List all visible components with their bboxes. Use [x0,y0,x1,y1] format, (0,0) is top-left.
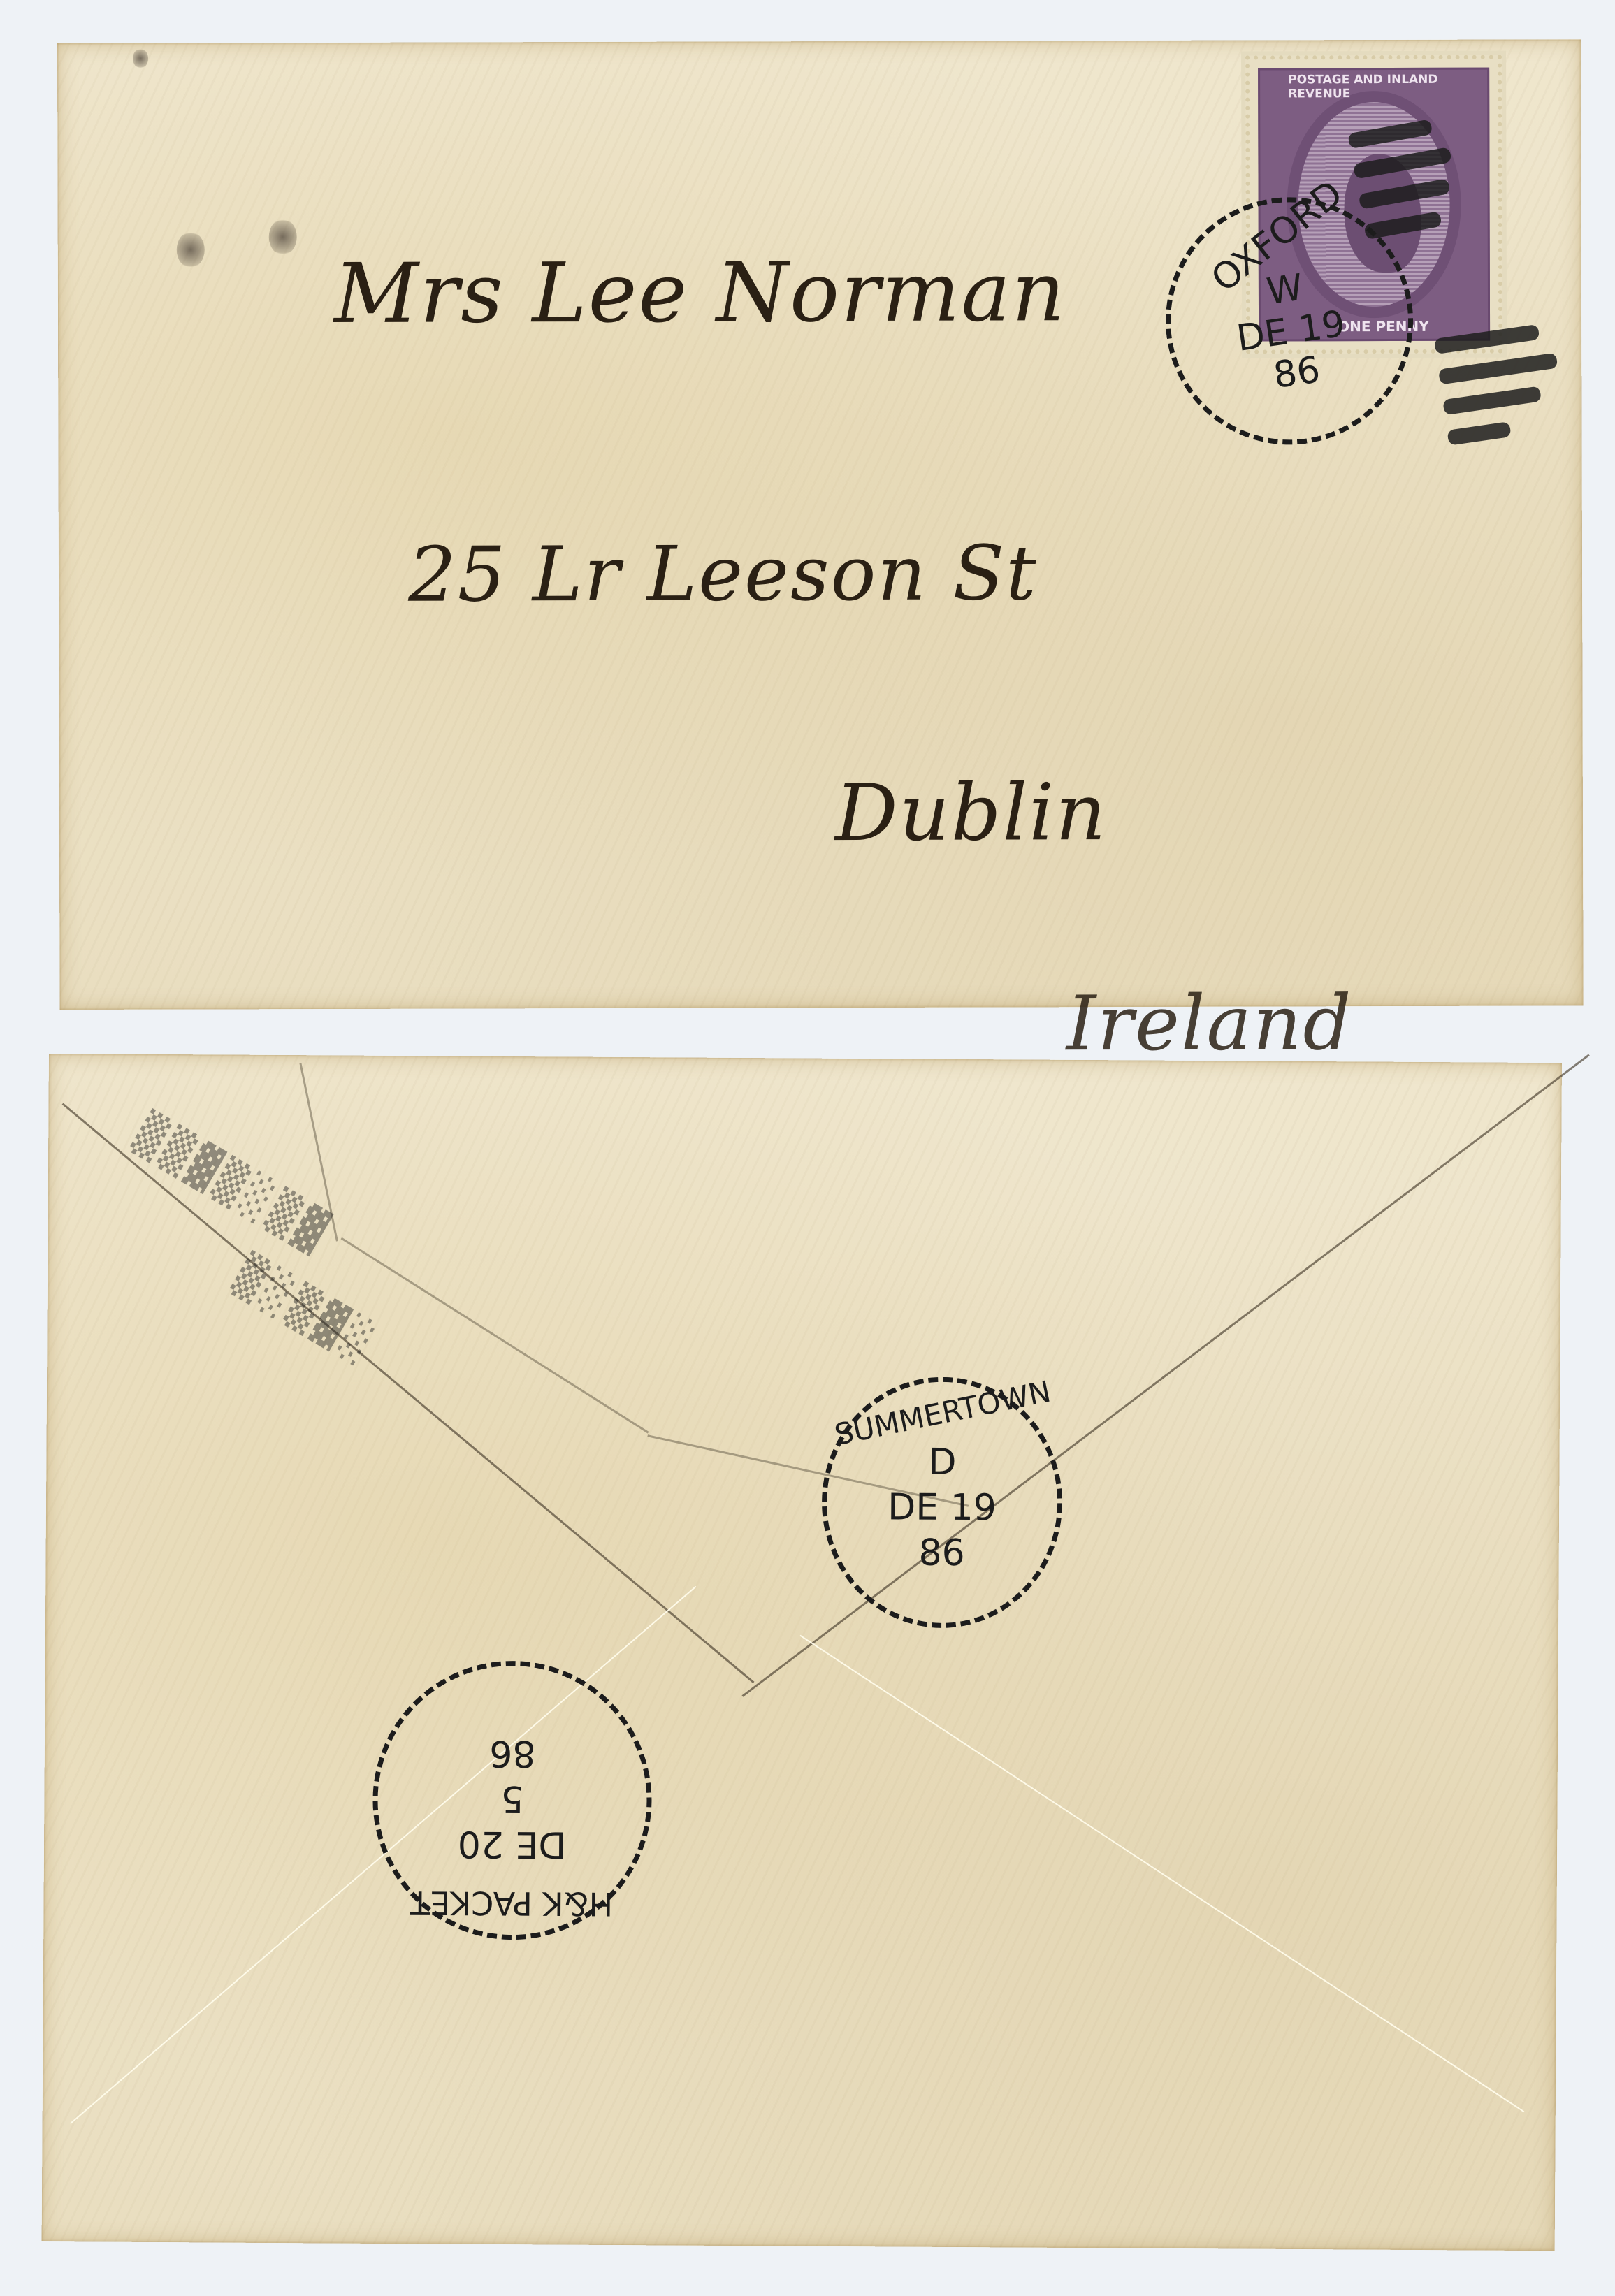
address-street: 25 Lr Leeson St [408,530,1038,618]
right-side-flap-crease [799,1635,1524,2112]
envelope-back: ▒▒▓▒░▒▓ ▒░▒▓░ SUMMERTOWN D DE 19 86 H&K … [42,1054,1562,2251]
postmark-year: 86 [826,1532,1057,1575]
postmark-year: 86 [378,1731,647,1775]
address-city: Dublin [835,767,1108,859]
envelope-front: Mrs Lee Norman 25 Lr Leeson St Dublin Ir… [57,39,1584,1010]
ink-spot [177,231,205,268]
postmark-route: H&K PACKET [377,1884,646,1923]
ink-spot [133,49,148,68]
postmark-hk-packet: H&K PACKET DE 20 5 86 [372,1660,652,1940]
top-flap-left-edge [62,1103,755,1683]
flap-tear [341,1237,649,1434]
ink-spot [269,219,297,255]
postmark-code: D [827,1441,1057,1484]
postmark-date: DE 20 [377,1822,646,1866]
postmark-summertown: SUMMERTOWN D DE 19 86 [821,1376,1063,1629]
smudged-postmark: ▒░▒▓░ [227,1250,385,1370]
postmark-code: 5 [377,1777,646,1820]
duplex-obliterator-bars [1434,321,1576,461]
postmark-date: DE 19 [827,1486,1057,1530]
address-country: Ireland [1066,980,1353,1068]
stamp-border-text: POSTAGE AND INLAND REVENUE [1288,73,1487,101]
address-recipient: Mrs Lee Norman [334,243,1066,342]
